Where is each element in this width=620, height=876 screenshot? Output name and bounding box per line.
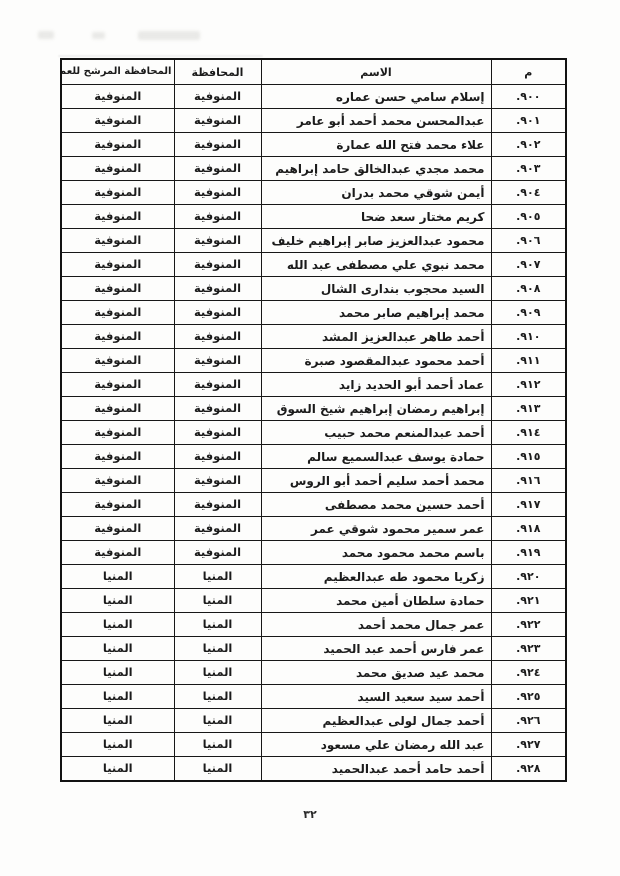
scan-artifact — [92, 32, 105, 39]
table-row: ٩١٩.باسم محمد محمود محمدالمنوفيةالمنوفية — [61, 541, 566, 565]
table-row: ٩٢٤.محمد عيد صديق محمدالمنياالمنيا — [61, 661, 566, 685]
cell-number: ٩٢١. — [491, 589, 566, 613]
table-row: ٩٠٨.السيد محجوب بندارى الشالالمنوفيةالمن… — [61, 277, 566, 301]
cell-name: أحمد جمال لولى عبدالعظيم — [261, 709, 491, 733]
cell-name: محمود عبدالعزيز صابر إبراهيم خليف — [261, 229, 491, 253]
cell-name: أحمد حسين محمد مصطفى — [261, 493, 491, 517]
cell-governorate: المنوفية — [174, 85, 261, 109]
cell-governorate: المنيا — [174, 757, 261, 782]
cell-number: ٩١٤. — [491, 421, 566, 445]
cell-name: أحمد طاهر عبدالعزيز المشد — [261, 325, 491, 349]
table-row: ٩٢١.حمادة سلطان أمين محمدالمنياالمنيا — [61, 589, 566, 613]
cell-name: باسم محمد محمود محمد — [261, 541, 491, 565]
cell-name: عماد أحمد أبو الحديد زايد — [261, 373, 491, 397]
table-row: ٩١٨.عمر سمير محمود شوقي عمرالمنوفيةالمنو… — [61, 517, 566, 541]
cell-number: ٩٢٢. — [491, 613, 566, 637]
cell-number: ٩٠٩. — [491, 301, 566, 325]
cell-nominated-governorate: المنوفية — [61, 373, 174, 397]
cell-governorate: المنيا — [174, 637, 261, 661]
table-row: ٩١١.أحمد محمود عبدالمقصود صبرةالمنوفيةال… — [61, 349, 566, 373]
cell-governorate: المنوفية — [174, 133, 261, 157]
cell-governorate: المنوفية — [174, 205, 261, 229]
cell-number: ٩٠٦. — [491, 229, 566, 253]
table-row: ٩١٦.محمد أحمد سليم أحمد أبو الروسالمنوفي… — [61, 469, 566, 493]
cell-number: ٩٠٧. — [491, 253, 566, 277]
page-number: ٣٢ — [0, 808, 620, 821]
cell-number: ٩١٠. — [491, 325, 566, 349]
cell-nominated-governorate: المنوفية — [61, 229, 174, 253]
cell-number: ٩١٦. — [491, 469, 566, 493]
table-row: ٩١٤.أحمد عبدالمنعم محمد حبيبالمنوفيةالمن… — [61, 421, 566, 445]
table-row: ٩٠٣.محمد مجدي عبدالخالق حامد إبراهيمالمن… — [61, 157, 566, 181]
cell-governorate: المنيا — [174, 565, 261, 589]
table-row: ٩٢٣.عمر فارس أحمد عبد الحميدالمنياالمنيا — [61, 637, 566, 661]
cell-name: عمر سمير محمود شوقي عمر — [261, 517, 491, 541]
table-body: ٩٠٠.إسلام سامي حسن عمارهالمنوفيةالمنوفية… — [61, 85, 566, 782]
cell-number: ٩١٣. — [491, 397, 566, 421]
cell-nominated-governorate: المنيا — [61, 565, 174, 589]
cell-name: محمد مجدي عبدالخالق حامد إبراهيم — [261, 157, 491, 181]
cell-number: ٩١٩. — [491, 541, 566, 565]
cell-number: ٩٢٦. — [491, 709, 566, 733]
cell-number: ٩٢٥. — [491, 685, 566, 709]
cell-number: ٩٢٤. — [491, 661, 566, 685]
cell-nominated-governorate: المنوفية — [61, 325, 174, 349]
cell-name: إبراهيم رمضان إبراهيم شيخ السوق — [261, 397, 491, 421]
table-row: ٩١٣.إبراهيم رمضان إبراهيم شيخ السوقالمنو… — [61, 397, 566, 421]
table-row: ٩٠٧.محمد نبوي علي مصطفى عبد اللهالمنوفية… — [61, 253, 566, 277]
cell-nominated-governorate: المنوفية — [61, 301, 174, 325]
cell-number: ٩١٧. — [491, 493, 566, 517]
cell-name: محمد نبوي علي مصطفى عبد الله — [261, 253, 491, 277]
cell-name: حمادة يوسف عبدالسميع سالم — [261, 445, 491, 469]
cell-name: إسلام سامي حسن عماره — [261, 85, 491, 109]
cell-governorate: المنوفية — [174, 157, 261, 181]
cell-governorate: المنوفية — [174, 445, 261, 469]
cell-governorate: المنوفية — [174, 109, 261, 133]
scan-artifact — [58, 55, 263, 57]
cell-name: أحمد عبدالمنعم محمد حبيب — [261, 421, 491, 445]
cell-nominated-governorate: المنيا — [61, 709, 174, 733]
cell-nominated-governorate: المنوفية — [61, 277, 174, 301]
cell-governorate: المنوفية — [174, 397, 261, 421]
cell-governorate: المنوفية — [174, 493, 261, 517]
cell-nominated-governorate: المنوفية — [61, 157, 174, 181]
cell-nominated-governorate: المنوفية — [61, 349, 174, 373]
cell-name: محمد عيد صديق محمد — [261, 661, 491, 685]
cell-nominated-governorate: المنيا — [61, 757, 174, 782]
cell-name: عبدالمحسن محمد أحمد أبو عامر — [261, 109, 491, 133]
table-row: ٩٠٤.أيمن شوقي محمد بدرانالمنوفيةالمنوفية — [61, 181, 566, 205]
cell-nominated-governorate: المنوفية — [61, 541, 174, 565]
cell-number: ٩١١. — [491, 349, 566, 373]
candidates-table: م الاسم المحافظة المحافظة المرشح للعمل ب… — [60, 58, 567, 782]
cell-nominated-governorate: المنيا — [61, 661, 174, 685]
cell-name: محمد أحمد سليم أحمد أبو الروس — [261, 469, 491, 493]
cell-nominated-governorate: المنوفية — [61, 469, 174, 493]
cell-name: أحمد سيد سعيد السيد — [261, 685, 491, 709]
cell-nominated-governorate: المنوفية — [61, 397, 174, 421]
cell-nominated-governorate: المنيا — [61, 637, 174, 661]
table-row: ٩١٧.أحمد حسين محمد مصطفىالمنوفيةالمنوفية — [61, 493, 566, 517]
cell-nominated-governorate: المنوفية — [61, 493, 174, 517]
cell-governorate: المنوفية — [174, 277, 261, 301]
cell-name: أيمن شوقي محمد بدران — [261, 181, 491, 205]
table-row: ٩٠٠.إسلام سامي حسن عمارهالمنوفيةالمنوفية — [61, 85, 566, 109]
cell-nominated-governorate: المنوفية — [61, 181, 174, 205]
cell-nominated-governorate: المنوفية — [61, 109, 174, 133]
cell-nominated-governorate: المنيا — [61, 685, 174, 709]
cell-governorate: المنوفية — [174, 421, 261, 445]
cell-nominated-governorate: المنوفية — [61, 133, 174, 157]
table-row: ٩١٠.أحمد طاهر عبدالعزيز المشدالمنوفيةالم… — [61, 325, 566, 349]
cell-name: أحمد حامد أحمد عبدالحميد — [261, 757, 491, 782]
table-row: ٩١٢.عماد أحمد أبو الحديد زايدالمنوفيةالم… — [61, 373, 566, 397]
table-row: ٩٠٥.كريم مختار سعد ضحاالمنوفيةالمنوفية — [61, 205, 566, 229]
cell-number: ٩٠٣. — [491, 157, 566, 181]
cell-number: ٩٠٨. — [491, 277, 566, 301]
cell-governorate: المنوفية — [174, 181, 261, 205]
col-header-name: الاسم — [261, 59, 491, 85]
cell-number: ٩١٢. — [491, 373, 566, 397]
cell-number: ٩٠٥. — [491, 205, 566, 229]
cell-governorate: المنيا — [174, 589, 261, 613]
cell-name: عمر فارس أحمد عبد الحميد — [261, 637, 491, 661]
cell-number: ٩٠٠. — [491, 85, 566, 109]
cell-name: عبد الله رمضان علي مسعود — [261, 733, 491, 757]
cell-name: محمد إبراهيم صابر محمد — [261, 301, 491, 325]
cell-nominated-governorate: المنوفية — [61, 517, 174, 541]
table-row: ٩٢٦.أحمد جمال لولى عبدالعظيمالمنياالمنيا — [61, 709, 566, 733]
cell-number: ٩٢٠. — [491, 565, 566, 589]
cell-governorate: المنوفية — [174, 301, 261, 325]
header-row: م الاسم المحافظة المحافظة المرشح للعمل ب… — [61, 59, 566, 85]
cell-nominated-governorate: المنوفية — [61, 253, 174, 277]
cell-governorate: المنوفية — [174, 325, 261, 349]
cell-number: ٩١٨. — [491, 517, 566, 541]
cell-governorate: المنيا — [174, 661, 261, 685]
scan-artifact — [138, 31, 200, 40]
cell-nominated-governorate: المنيا — [61, 589, 174, 613]
cell-governorate: المنوفية — [174, 349, 261, 373]
table-row: ٩٠١.عبدالمحسن محمد أحمد أبو عامرالمنوفية… — [61, 109, 566, 133]
table-row: ٩٢٨.أحمد حامد أحمد عبدالحميدالمنياالمنيا — [61, 757, 566, 782]
cell-governorate: المنوفية — [174, 373, 261, 397]
cell-name: زكريا محمود طه عبدالعظيم — [261, 565, 491, 589]
cell-governorate: المنوفية — [174, 229, 261, 253]
table-row: ٩٢٢.عمر جمال محمد أحمدالمنياالمنيا — [61, 613, 566, 637]
col-header-nominated-governorate: المحافظة المرشح للعمل بها — [61, 59, 174, 85]
table-row: ٩٠٩.محمد إبراهيم صابر محمدالمنوفيةالمنوف… — [61, 301, 566, 325]
cell-governorate: المنوفية — [174, 517, 261, 541]
col-header-number: م — [491, 59, 566, 85]
cell-name: عمر جمال محمد أحمد — [261, 613, 491, 637]
cell-name: أحمد محمود عبدالمقصود صبرة — [261, 349, 491, 373]
cell-governorate: المنوفية — [174, 253, 261, 277]
table-row: ٩٠٢.علاء محمد فتح الله عمارةالمنوفيةالمن… — [61, 133, 566, 157]
cell-number: ٩٢٧. — [491, 733, 566, 757]
cell-name: علاء محمد فتح الله عمارة — [261, 133, 491, 157]
cell-governorate: المنيا — [174, 709, 261, 733]
cell-name: كريم مختار سعد ضحا — [261, 205, 491, 229]
scan-artifact — [38, 31, 54, 39]
cell-nominated-governorate: المنوفية — [61, 445, 174, 469]
cell-governorate: المنيا — [174, 613, 261, 637]
cell-nominated-governorate: المنوفية — [61, 421, 174, 445]
table-row: ٩٢٥.أحمد سيد سعيد السيدالمنياالمنيا — [61, 685, 566, 709]
cell-governorate: المنوفية — [174, 541, 261, 565]
table-row: ٩٢٧.عبد الله رمضان علي مسعودالمنياالمنيا — [61, 733, 566, 757]
cell-number: ٩١٥. — [491, 445, 566, 469]
cell-nominated-governorate: المنيا — [61, 613, 174, 637]
table-row: ٩٠٦.محمود عبدالعزيز صابر إبراهيم خليفالم… — [61, 229, 566, 253]
cell-name: حمادة سلطان أمين محمد — [261, 589, 491, 613]
table-header: م الاسم المحافظة المحافظة المرشح للعمل ب… — [61, 59, 566, 85]
cell-nominated-governorate: المنيا — [61, 733, 174, 757]
cell-governorate: المنيا — [174, 733, 261, 757]
cell-nominated-governorate: المنوفية — [61, 85, 174, 109]
cell-governorate: المنيا — [174, 685, 261, 709]
cell-number: ٩٢٨. — [491, 757, 566, 782]
table-row: ٩٢٠.زكريا محمود طه عبدالعظيمالمنياالمنيا — [61, 565, 566, 589]
col-header-governorate: المحافظة — [174, 59, 261, 85]
scanned-page: م الاسم المحافظة المحافظة المرشح للعمل ب… — [0, 0, 620, 876]
cell-name: السيد محجوب بندارى الشال — [261, 277, 491, 301]
cell-governorate: المنوفية — [174, 469, 261, 493]
cell-number: ٩٠٢. — [491, 133, 566, 157]
table-row: ٩١٥.حمادة يوسف عبدالسميع سالمالمنوفيةالم… — [61, 445, 566, 469]
cell-number: ٩٠١. — [491, 109, 566, 133]
cell-number: ٩٢٣. — [491, 637, 566, 661]
cell-nominated-governorate: المنوفية — [61, 205, 174, 229]
cell-number: ٩٠٤. — [491, 181, 566, 205]
